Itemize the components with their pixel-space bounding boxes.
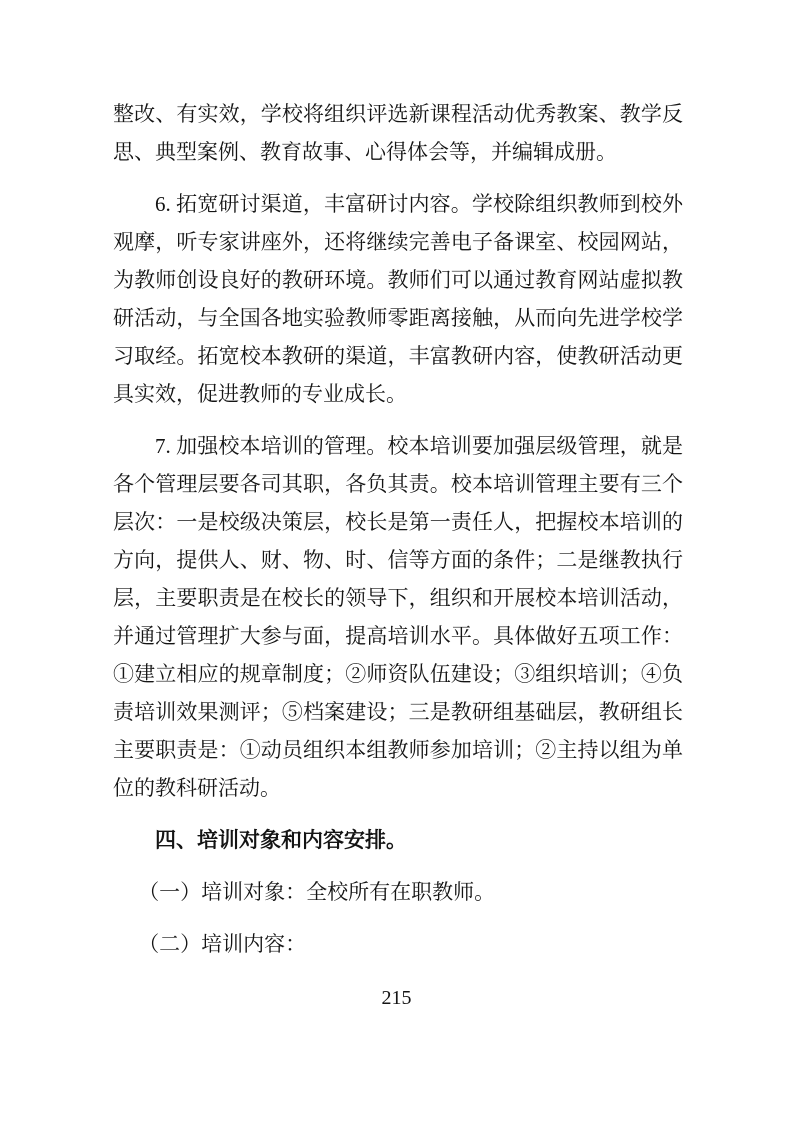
page-number: 215 [0, 984, 793, 1012]
document-page: 整改、有实效，学校将组织评选新课程活动优秀教案、教学反思、典型案例、教育故事、心… [0, 0, 793, 1122]
sub-item-1-training-target: （一）培训对象：全校所有在职教师。 [113, 873, 683, 911]
paragraph-item-7: 7. 加强校本培训的管理。校本培训要加强层级管理，就是各个管理层要各司其职，各负… [113, 427, 683, 807]
sub-item-2-training-content: （二）培训内容： [113, 925, 683, 963]
paragraph-continuation: 整改、有实效，学校将组织评选新课程活动优秀教案、教学反思、典型案例、教育故事、心… [113, 95, 683, 171]
document-body: 整改、有实效，学校将组织评选新课程活动优秀教案、教学反思、典型案例、教育故事、心… [113, 95, 683, 977]
paragraph-item-6: 6. 拓宽研讨渠道，丰富研讨内容。学校除组织教师到校外观摩，听专家讲座外，还将继… [113, 185, 683, 413]
section-heading-4: 四、培训对象和内容安排。 [113, 821, 683, 859]
